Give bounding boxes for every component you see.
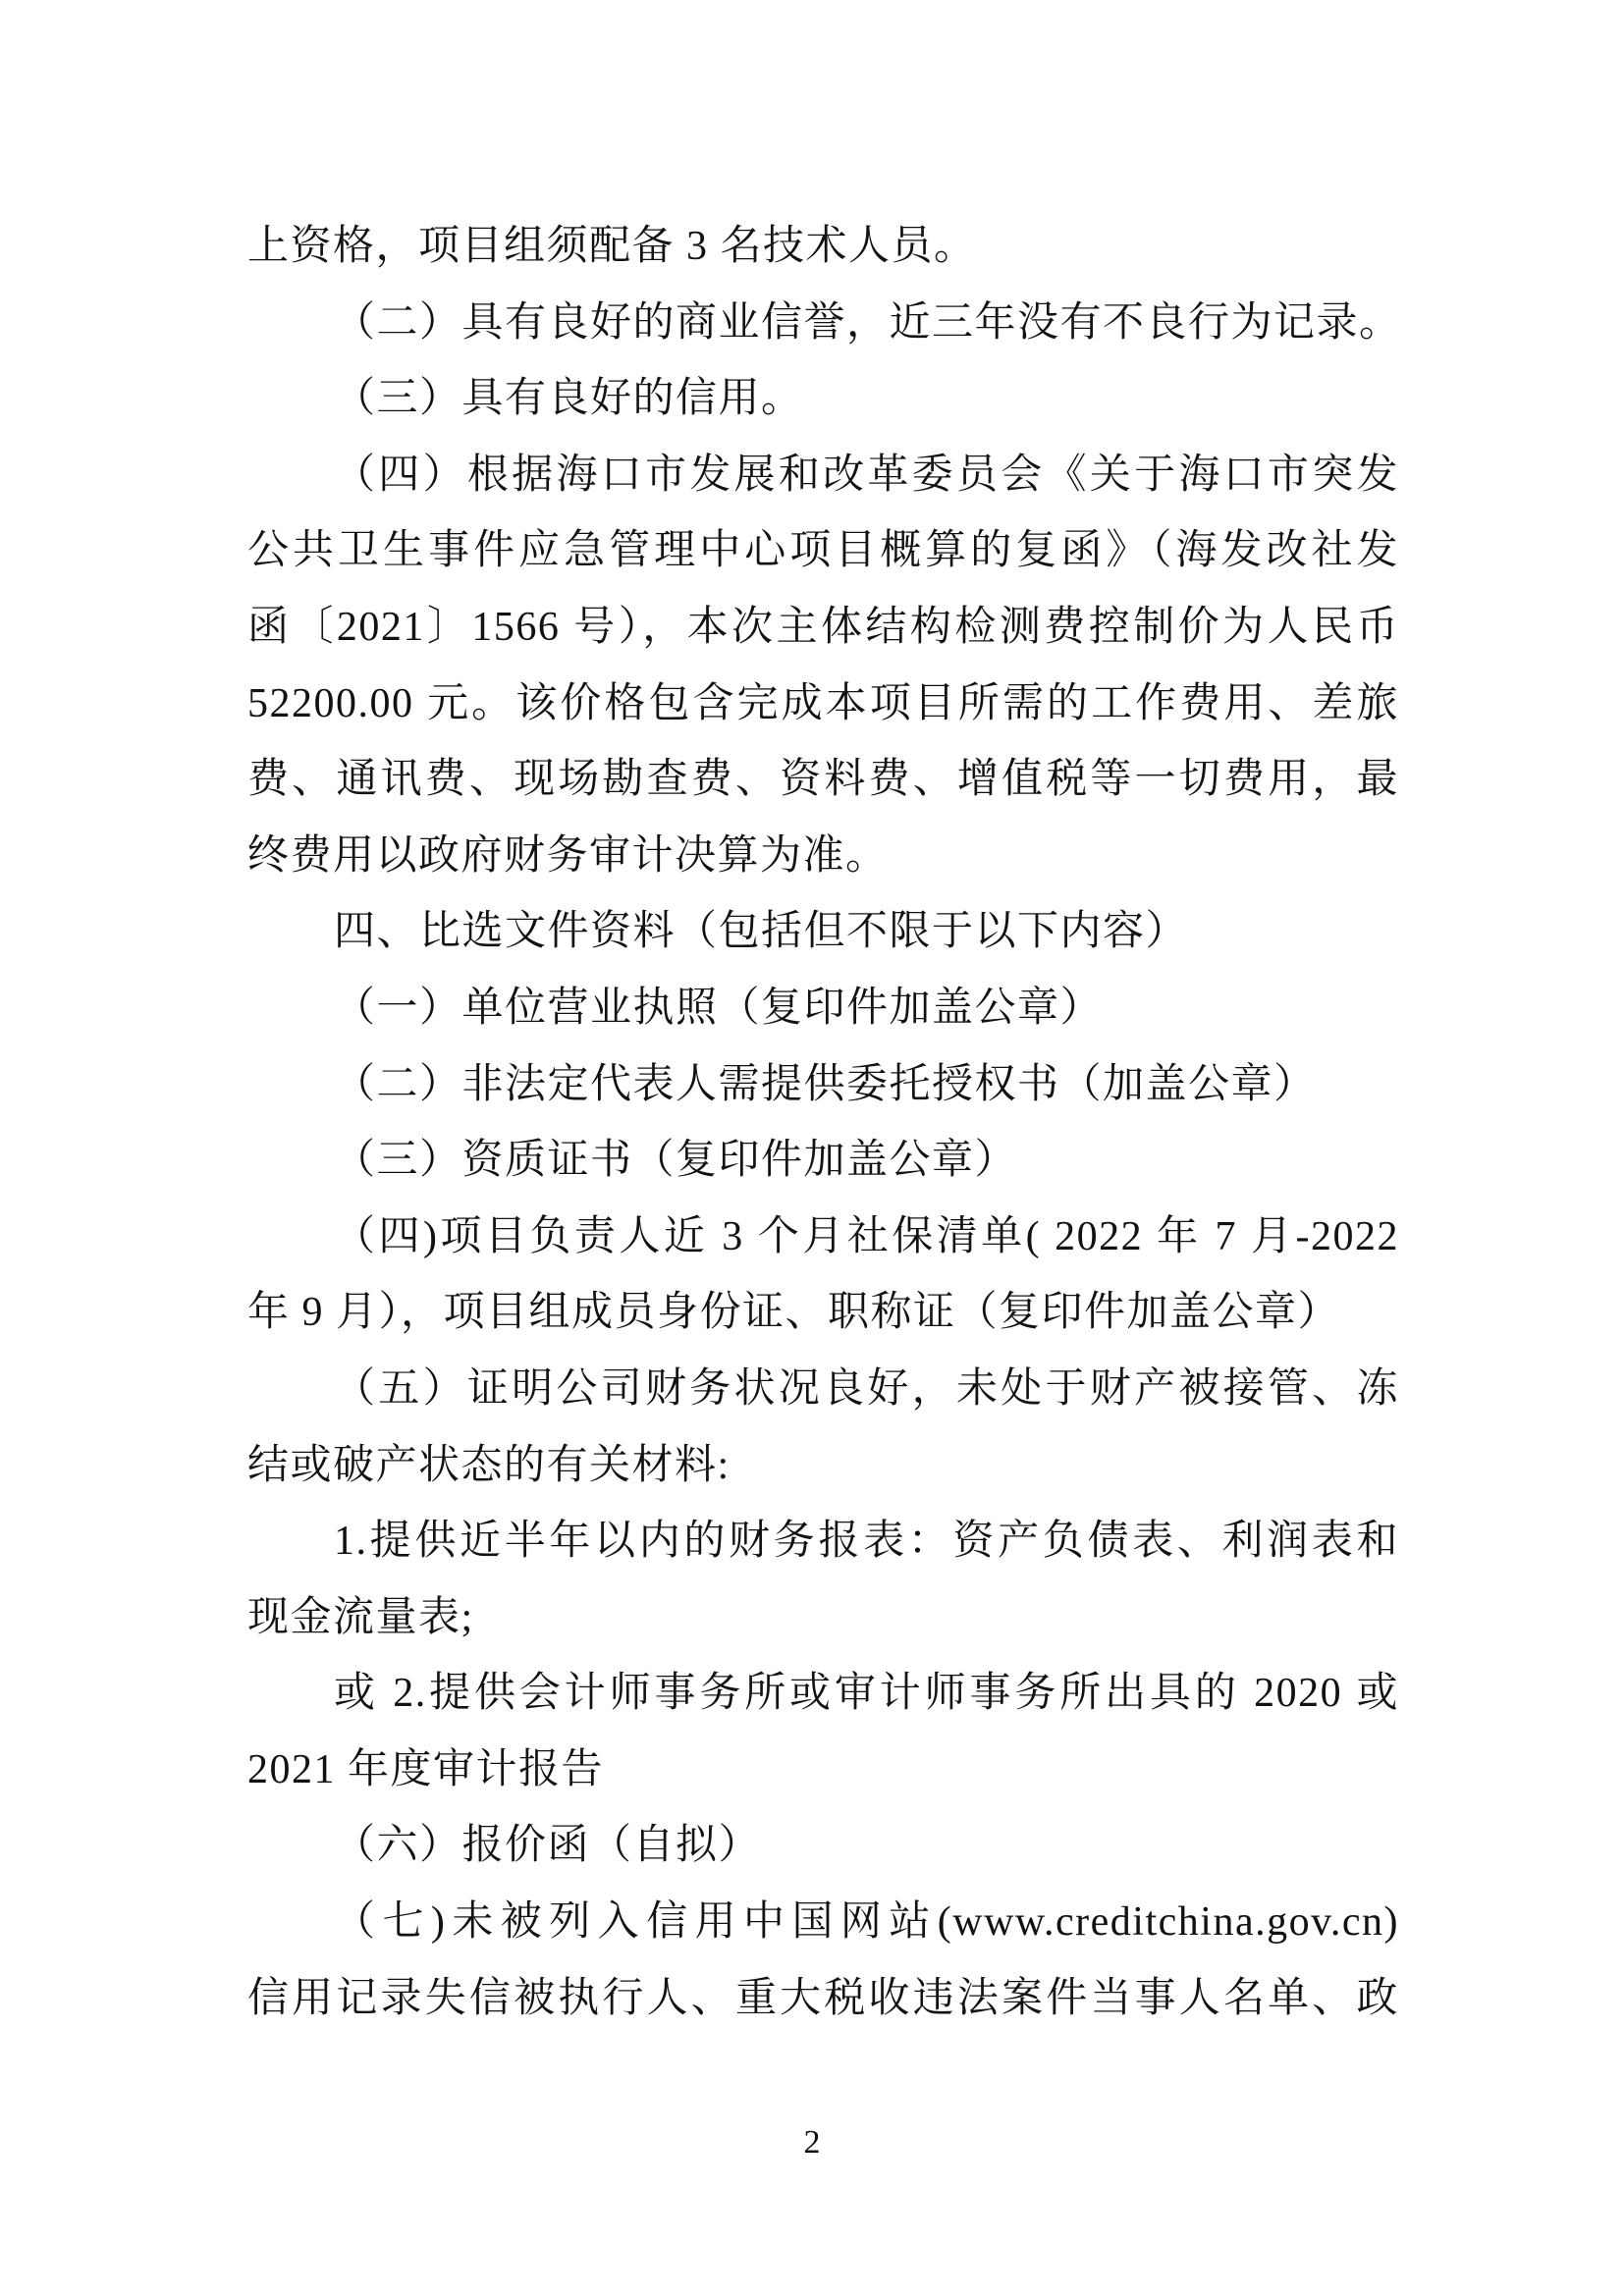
text-line: （四)项目负责人近 3 个月社保清单( 2022 年 7 月-2022 (247, 1200, 1399, 1276)
text-line: 信用记录失信被执行人、重大税收违法案件当事人名单、政 (247, 1961, 1399, 2038)
text-line: （七)未被列入信用中国网站(www.creditchina.gov.cn) (247, 1885, 1399, 1961)
page-footer: 2 (0, 2123, 1624, 2163)
text-line: 1.提供近半年以内的财务报表：资产负债表、利润表和 (247, 1504, 1399, 1580)
text-line: 费、通讯费、现场勘查费、资料费、增值税等一切费用，最 (247, 742, 1399, 819)
text-line: （二）非法定代表人需提供委托授权书（加盖公章） (247, 1047, 1399, 1124)
text-line: （三）资质证书（复印件加盖公章） (247, 1123, 1399, 1200)
text-line: （三）具有良好的信用。 (247, 361, 1399, 438)
text-line: 四、比选文件资料（包括但不限于以下内容） (247, 894, 1399, 971)
text-line: 终费用以政府财务审计决算为准。 (247, 819, 1399, 895)
text-line: 结或破产状态的有关材料: (247, 1428, 1399, 1505)
text-line: 52200.00 元。该价格包含完成本项目所需的工作费用、差旅 (247, 667, 1399, 743)
text-line: （二）具有良好的商业信誉，近三年没有不良行为记录。 (247, 286, 1399, 362)
document-body: 上资格，项目组须配备 3 名技术人员。 （二）具有良好的商业信誉，近三年没有不良… (247, 209, 1399, 2037)
text-line: 上资格，项目组须配备 3 名技术人员。 (247, 209, 1399, 286)
text-line: 2021 年度审计报告 (247, 1733, 1399, 1809)
text-line: 或 2.提供会计师事务所或审计师事务所出具的 2020 或 (247, 1656, 1399, 1733)
text-line: （五）证明公司财务状况良好，未处于财产被接管、冻 (247, 1352, 1399, 1428)
text-line: 公共卫生事件应急管理中心项目概算的复函》（海发改社发 (247, 513, 1399, 590)
document-page: 上资格，项目组须配备 3 名技术人员。 （二）具有良好的商业信誉，近三年没有不良… (0, 0, 1624, 2296)
text-line: （四）根据海口市发展和改革委员会《关于海口市突发 (247, 438, 1399, 514)
text-line: （六）报价函（自拟） (247, 1808, 1399, 1885)
text-line: 年 9 月），项目组成员身份证、职称证（复印件加盖公章） (247, 1275, 1399, 1352)
page-number: 2 (804, 2124, 821, 2161)
text-line: （一）单位营业执照（复印件加盖公章） (247, 971, 1399, 1047)
text-line: 现金流量表; (247, 1580, 1399, 1657)
text-line: 函〔2021〕1566 号），本次主体结构检测费控制价为人民币 (247, 590, 1399, 667)
